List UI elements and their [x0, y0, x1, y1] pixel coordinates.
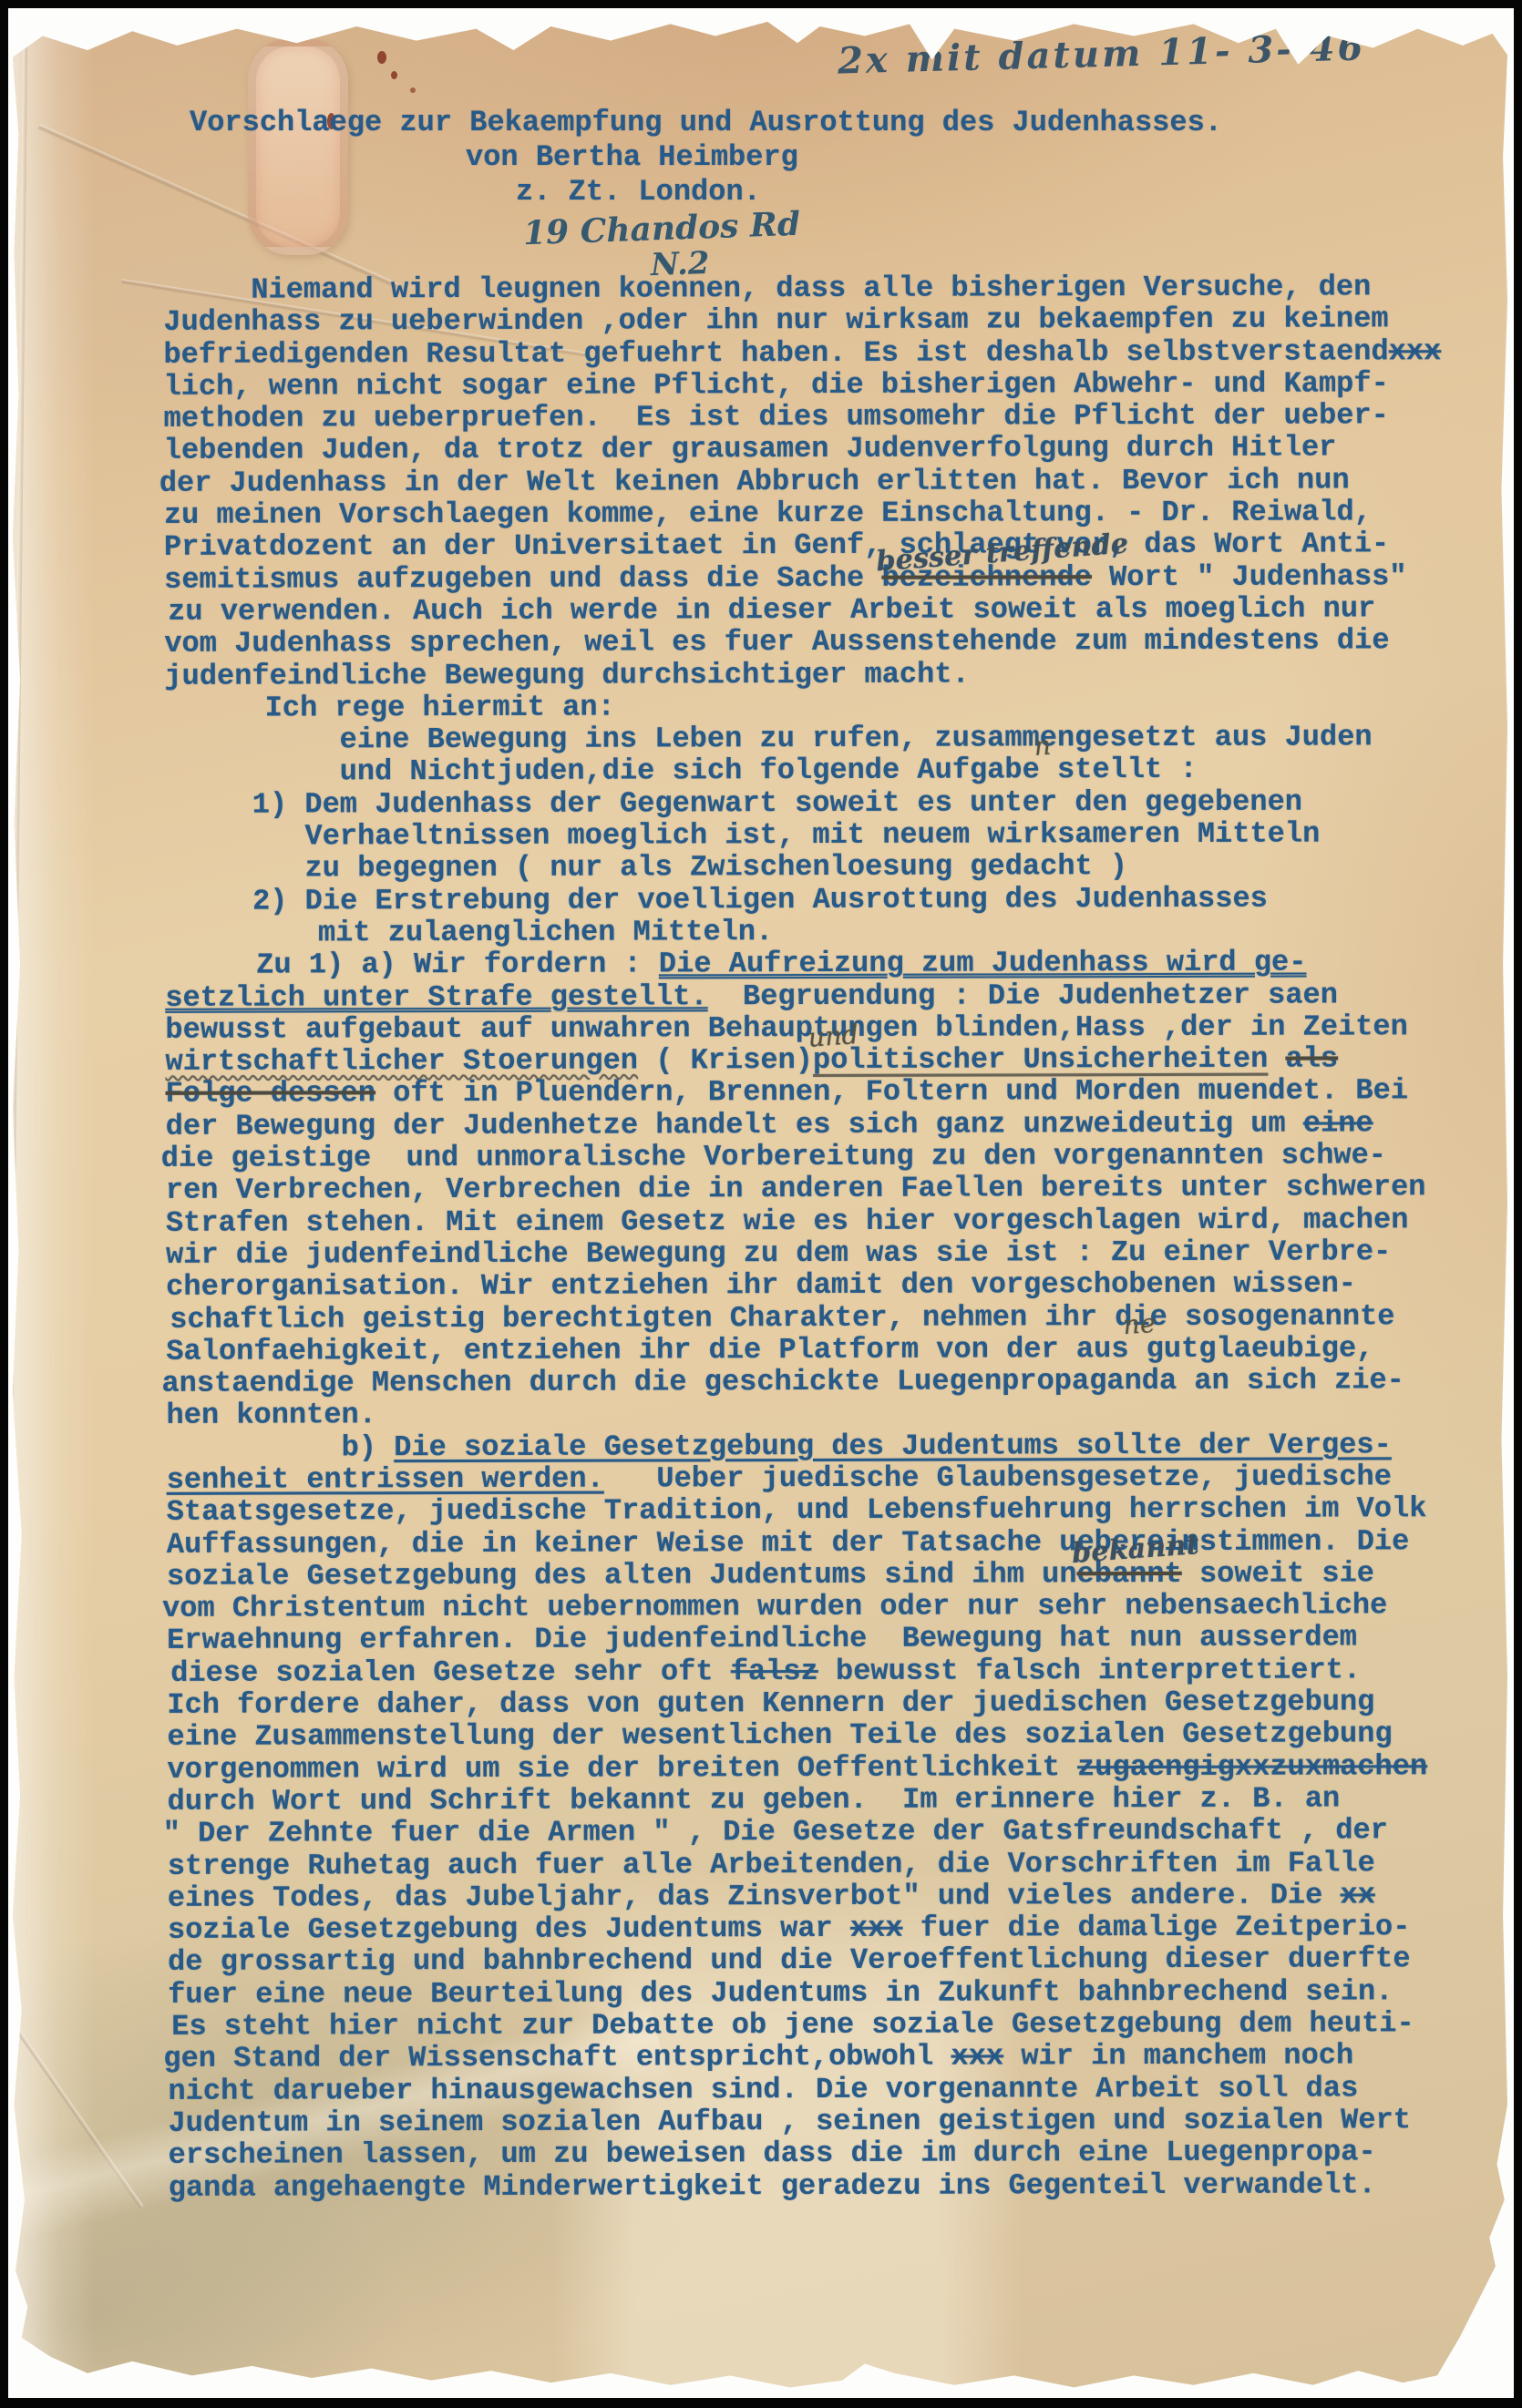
- text-segment: Ich rege hiermit an:: [159, 690, 614, 724]
- text-segment: erscheinen lassen, um zu beweisen dass d…: [169, 2136, 1376, 2172]
- text-segment: [1268, 1042, 1285, 1076]
- text-segment: vom Christentum nicht uebernommen wurden…: [162, 1588, 1387, 1625]
- handwritten-correction: und: [807, 1020, 859, 1050]
- text-segment: diese sozialen Gesetze sehr oft: [170, 1655, 731, 1690]
- text-segment: ebanntbekannt: [1076, 1558, 1181, 1591]
- text-line: Verhaeltnissen moeglich ist, mit neuem w…: [165, 817, 1443, 853]
- text-line: vom Christentum nicht uebernommen wurden…: [162, 1589, 1445, 1624]
- text-line: erscheinen lassen, um zu beweisen dass d…: [169, 2136, 1446, 2171]
- text-line: Privatdozent an der Universitaet in Genf…: [164, 528, 1442, 564]
- ink-speck: [391, 71, 397, 79]
- text-line: der Judenhass in der Welt keinen Abbruch…: [159, 464, 1442, 499]
- text-segment: fuer die damalige Zeitperio-: [902, 1910, 1410, 1944]
- text-segment: xx: [1340, 1878, 1375, 1911]
- text-line: Judenhass zu ueberwinden ,oder ihn nur w…: [163, 302, 1441, 338]
- ink-speck: [410, 87, 416, 93]
- text-line: judenfeindliche Bewegung durchsichtiger …: [164, 657, 1442, 692]
- text-line: Judentum in seinem sozialen Aufbau , sei…: [168, 2104, 1445, 2139]
- text-line: Auffassungen, die in keiner Weise mit de…: [167, 1525, 1445, 1561]
- text-segment: 2) Die Erstrebung der voelligen Ausrottu…: [165, 881, 1268, 917]
- text-segment: soziale Gesetzgebung des alten Judentums…: [167, 1557, 1077, 1593]
- text-segment: de grossartig und bahnbrechend und die V…: [168, 1942, 1411, 1980]
- text-line: Folge dessen oft in Pluendern, Brennen, …: [166, 1075, 1444, 1111]
- text-segment: stellt :n: [1040, 753, 1198, 786]
- text-segment: als: [1285, 1042, 1338, 1076]
- text-segment: xxx: [951, 2040, 1003, 2074]
- text-line: befriedigenden Resultat gefuehrt haben. …: [163, 335, 1441, 371]
- text-segment: setzlich unter Strafe gestellt.: [165, 979, 707, 1015]
- text-segment: Ich fordere daher, dass von guten Kenner…: [167, 1685, 1374, 1721]
- paperclip-rust-mark: [248, 38, 348, 255]
- handwritten-correction: n: [1034, 733, 1053, 760]
- document-title: Vorschlaege zur Bekaempfung und Ausrottu…: [190, 106, 1222, 139]
- text-segment: vorgenommen wird um sie der breiten Oeff…: [167, 1750, 1077, 1787]
- text-segment: der Bewegung der Judenhetze handelt es s…: [166, 1106, 1303, 1143]
- text-segment: Begruendung : Die Judenhetzer saen: [708, 978, 1338, 1013]
- text-segment: Zu 1) a) Wir fordern :: [169, 948, 659, 982]
- text-segment: xxx: [850, 1911, 903, 1945]
- text-segment: Judenhass zu ueberwinden ,oder ihn nur w…: [163, 302, 1388, 340]
- text-line: Ich fordere daher, dass von guten Kenner…: [167, 1686, 1445, 1721]
- text-segment: zu begegnen ( nur als Zwischenloesung ge…: [165, 849, 1127, 886]
- text-segment: vom Judenhass sprechen, weil es fuer Aus…: [164, 624, 1389, 661]
- text-segment: bewusst aufgebaut auf unwahren Behauptun…: [165, 1009, 1408, 1047]
- text-segment: und Nichtjuden,die sich folgende Aufgabe: [165, 753, 1040, 790]
- text-line: 2) Die Erstrebung der voelligen Ausrottu…: [165, 882, 1443, 917]
- text-segment: ganda angehaengte Minderwertigkeit gerad…: [169, 2167, 1376, 2204]
- text-segment: senheit entrissen werden.: [167, 1462, 604, 1497]
- text-line: eines Todes, das Jubeljahr, das Zinsverb…: [168, 1879, 1445, 1914]
- text-segment: bezeichnendebesser treffende: [881, 561, 1092, 594]
- text-segment: gen Stand der Wissenschaft entspricht,ob…: [163, 2040, 951, 2075]
- text-segment: Erwaehnung erfahren. Die judenfeindliche…: [167, 1621, 1357, 1657]
- text-segment: anstaendige Menschen durch die geschickt…: [161, 1363, 1404, 1400]
- text-segment: Die soziale Gesetzgebung des Judentums s…: [394, 1428, 1392, 1464]
- text-line: wir die judenfeindliche Bewegung zu dem …: [166, 1235, 1444, 1271]
- scanned-document-page: 2x mit datum 11- 3- 46 Vorschlaege zur B…: [0, 0, 1522, 2408]
- text-line: lebenden Juden, da trotz der grausamen J…: [164, 432, 1442, 467]
- text-segment: ren Verbrechen, Verbrechen die in andere…: [166, 1171, 1426, 1208]
- text-line: die geistige und unmoralische Vorbereitu…: [161, 1139, 1444, 1174]
- text-segment: Strafen stehen. Mit einem Gesetz wie es …: [166, 1203, 1409, 1240]
- text-line: Niemand wird leugnen koennen, dass alle …: [163, 271, 1441, 306]
- text-line: 1) Dem Judenhass der Gegenwart soweit es…: [165, 785, 1443, 821]
- text-line: Strafen stehen. Mit einem Gesetz wie es …: [166, 1204, 1444, 1239]
- text-line: Staatsgesetze, juedische Tradition, und …: [167, 1492, 1445, 1528]
- text-segment: die geistige und unmoralische Vorbereitu…: [161, 1138, 1386, 1175]
- text-segment: Staatsgesetze, juedische Tradition, und …: [167, 1491, 1427, 1529]
- text-line: diese sozialen Gesetze sehr oft falsz be…: [170, 1654, 1445, 1689]
- text-line: vom Judenhass sprechen, weil es fuer Aus…: [164, 624, 1442, 660]
- text-line: Es steht hier nicht zur Debatte ob jene …: [171, 2007, 1445, 2043]
- handwritten-correction: bekannt: [1071, 1531, 1199, 1567]
- text-segment: Es steht hier nicht zur Debatte ob jene …: [171, 2006, 1414, 2044]
- text-segment: mit zulaenglichen Mitteln.: [160, 915, 773, 950]
- byline: von Bertha Heimberg: [466, 140, 798, 174]
- text-line: Ich rege hiermit an:: [159, 689, 1442, 724]
- text-segment: b): [167, 1430, 395, 1465]
- text-line: Zu 1) a) Wir fordern : Die Aufreizung zu…: [169, 946, 1443, 981]
- text-segment: cherorganisation. Wir entziehen ihr dami…: [166, 1267, 1356, 1304]
- text-line: zu begegnen ( nur als Zwischenloesung ge…: [165, 850, 1443, 886]
- text-segment: wir in manchem noch: [1003, 2039, 1353, 2074]
- text-line: zu verwenden. Auch ich werde in dieser A…: [168, 592, 1442, 628]
- text-line: setzlich unter Strafe gestellt. Begruend…: [165, 979, 1443, 1014]
- text-line: strenge Ruhetag auch fuer alle Arbeitend…: [168, 1847, 1445, 1882]
- text-line: Erwaehnung erfahren. Die judenfeindliche…: [167, 1622, 1445, 1657]
- text-segment: Judentum in seinem sozialen Aufbau , sei…: [168, 2103, 1411, 2140]
- text-line: methoden zu ueberpruefen. Es ist dies um…: [164, 399, 1442, 435]
- text-line: soziale Gesetzgebung des alten Judentums…: [167, 1557, 1445, 1593]
- text-segment: zu verwenden. Auch ich werde in dieser A…: [168, 591, 1375, 628]
- text-segment: methoden zu ueberpruefen. Es ist dies um…: [164, 399, 1389, 436]
- text-segment: der Judenhass in der Welt keinen Abbruch…: [159, 463, 1350, 499]
- text-line: durch Wort und Schrift bekannt zu geben.…: [168, 1782, 1445, 1818]
- text-segment: lebenden Juden, da trotz der grausamen J…: [164, 431, 1337, 467]
- text-segment: soziale Gesetzgebung des Judentums war: [168, 1911, 850, 1947]
- text-segment: bewusst falsch interprettiert.: [818, 1653, 1361, 1688]
- text-segment: Ueber juedische Glaubensgesetze, juedisc…: [604, 1460, 1392, 1495]
- text-segment: wir die judenfeindliche Bewegung zu dem …: [166, 1235, 1391, 1272]
- text-segment: soweit sie: [1182, 1556, 1374, 1591]
- text-segment: eine Zusammenstellung der wesentlichen T…: [167, 1717, 1392, 1755]
- text-segment: Auffassungen, die in keiner Weise mit de…: [167, 1524, 1410, 1562]
- text-segment: politischer Unsicherheitenund: [813, 1043, 1268, 1077]
- text-segment: lich, wenn nicht sogar eine Pflicht, die…: [164, 366, 1389, 404]
- text-segment: ( Krisen): [638, 1043, 813, 1078]
- text-segment: fuer eine neue Beurteilung des Judentums…: [168, 1974, 1393, 2012]
- text-line: de grossartig und bahnbrechend und die V…: [168, 1943, 1445, 1979]
- text-line: fuer eine neue Beurteilung des Judentums…: [168, 1975, 1445, 2011]
- text-line: senheit entrissen werden. Ueber juedisch…: [167, 1460, 1445, 1496]
- handwritten-address-line1: 19 Chandos Rd: [522, 205, 800, 253]
- text-line: soziale Gesetzgebung des Judentums war x…: [168, 1911, 1445, 1946]
- text-line: Salonfaehigkeit, entziehen ihr die Platf…: [166, 1332, 1444, 1368]
- text-segment: eines Todes, das Jubeljahr, das Zinsverb…: [168, 1878, 1341, 1914]
- paper-sheet: 2x mit datum 11- 3- 46 Vorschlaege zur B…: [13, 15, 1507, 2390]
- text-segment: nicht darueber hinausgewachsen sind. Die…: [168, 2071, 1358, 2107]
- text-segment: 1) Dem Judenhass der Gegenwart soweit es…: [165, 784, 1302, 821]
- text-segment: zu meinen Vorschlaegen komme, eine kurze…: [164, 495, 1372, 531]
- text-segment: Wort " Judenhass": [1092, 559, 1407, 594]
- text-line: eine Bewegung ins Leben zu rufen, zusamm…: [165, 721, 1443, 756]
- text-segment: Niemand wird leugnen koennen, dass alle …: [163, 270, 1371, 306]
- text-segment: schaftlich geistig berechtigten Charakte…: [170, 1299, 1394, 1337]
- text-line: und Nichtjuden,die sich folgende Aufgabe…: [165, 753, 1443, 789]
- text-segment: eine: [1303, 1106, 1373, 1140]
- text-segment: falsz: [731, 1655, 818, 1688]
- text-line: vorgenommen wird um sie der breiten Oeff…: [167, 1750, 1445, 1786]
- text-segment: semitismus aufzugeben und dass die Sache: [164, 560, 881, 596]
- text-segment: xxx: [1389, 334, 1442, 368]
- text-line: der Bewegung der Judenhetze handelt es s…: [166, 1107, 1444, 1143]
- text-line: " Der Zehnte fuer die Armen " , Die Gese…: [163, 1814, 1445, 1850]
- text-segment: zugaengigxxzuxmachen: [1077, 1749, 1427, 1784]
- text-segment: hen konnten.: [166, 1399, 376, 1433]
- text-segment: Folge dessen: [166, 1077, 376, 1112]
- text-segment: Verhaeltnissen moeglich ist, mit neuem w…: [165, 817, 1320, 854]
- text-segment: Privatdozent an der Universitaet in Genf…: [164, 528, 1389, 565]
- text-line: ren Verbrechen, Verbrechen die in andere…: [166, 1171, 1444, 1206]
- document-body: Niemand wird leugnen koennen, dass alle …: [163, 271, 1445, 2203]
- text-segment: " Der Zehnte fuer die Armen " , Die Gese…: [163, 1814, 1388, 1851]
- text-line: wirtschaftlicher Stoerungen ( Krisen)pol…: [165, 1042, 1443, 1078]
- text-line: zu meinen Vorschlaegen komme, eine kurze…: [164, 496, 1442, 531]
- text-line: b) Die soziale Gesetzgebung des Judentum…: [167, 1429, 1445, 1464]
- text-line: semitismus aufzugeben und dass die Sache…: [164, 560, 1442, 596]
- text-line: gen Stand der Wissenschaft entspricht,ob…: [163, 2039, 1445, 2075]
- handwritten-correction: ne: [1122, 1310, 1157, 1338]
- text-line: hen konnten.: [166, 1397, 1444, 1432]
- text-line: mit zulaenglichen Mitteln.: [160, 914, 1443, 949]
- text-segment: gutglaeubige,ne: [1128, 1332, 1373, 1365]
- text-segment: durch Wort und Schrift bekannt zu geben.…: [168, 1781, 1341, 1818]
- text-segment: Salonfaehigkeit, entziehen ihr die Platf…: [166, 1332, 1128, 1368]
- text-line: lich, wenn nicht sogar eine Pflicht, die…: [164, 367, 1442, 403]
- location-line: z. Zt. London.: [516, 175, 761, 209]
- text-line: schaftlich geistig berechtigten Charakte…: [170, 1300, 1444, 1336]
- text-segment: oft in Pluendern, Brennen, Foltern und M…: [375, 1074, 1408, 1111]
- text-line: nicht darueber hinausgewachsen sind. Die…: [168, 2072, 1445, 2107]
- text-segment: judenfeindliche Bewegung durchsichtiger …: [164, 657, 969, 692]
- text-line: cherorganisation. Wir entziehen ihr dami…: [166, 1267, 1444, 1303]
- worn-edge: [13, 15, 95, 2390]
- ink-speck: [377, 51, 386, 64]
- text-line: eine Zusammenstellung der wesentlichen T…: [167, 1718, 1445, 1754]
- text-line: ganda angehaengte Minderwertigkeit gerad…: [169, 2168, 1446, 2204]
- text-segment: befriedigenden Resultat gefuehrt haben. …: [163, 334, 1388, 372]
- text-segment: Die Aufreizung zum Judenhass wird ge-: [659, 946, 1307, 981]
- text-line: anstaendige Menschen durch die geschickt…: [161, 1364, 1444, 1399]
- text-line: bewusst aufgebaut auf unwahren Behauptun…: [165, 1010, 1443, 1046]
- text-segment: strenge Ruhetag auch fuer alle Arbeitend…: [168, 1846, 1375, 1882]
- text-segment: wirtschaftlicher Stoerungen: [165, 1044, 638, 1079]
- text-segment: eine Bewegung ins Leben zu rufen, zusamm…: [165, 721, 1373, 757]
